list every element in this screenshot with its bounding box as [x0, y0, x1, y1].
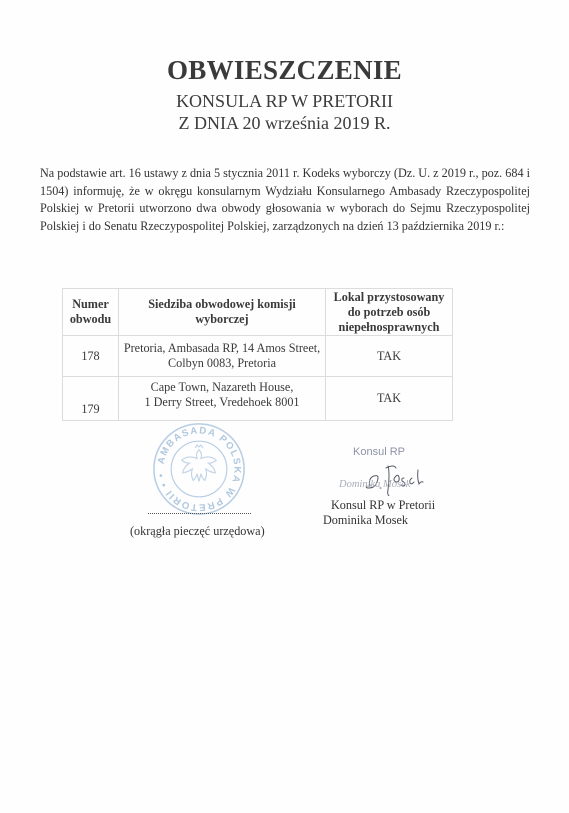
official-stamp-icon: AMBASADA POLSKA W PRETORII • • • — [151, 421, 247, 517]
accessibility-cell: TAK — [326, 336, 453, 377]
seat-address-line: Cape Town, Nazareth House, — [151, 380, 294, 394]
seat-address-line: Colbyn 0083, Pretoria — [168, 356, 276, 370]
polling-districts-table: Numer obwodu Siedziba obwodowej komisji … — [62, 288, 453, 421]
header-text: Lokal przystosowany — [334, 290, 445, 304]
stamp-dotted-line — [148, 513, 251, 514]
seat-address-line: Pretoria, Ambasada RP, 14 Amos Street, — [124, 341, 320, 355]
commission-seat-cell: Pretoria, Ambasada RP, 14 Amos Street, C… — [119, 336, 326, 377]
document-title: OBWIESZCZENIE — [0, 55, 569, 85]
signature-stamp-name: Dominika Mosek — [339, 479, 410, 490]
district-number-cell: 178 — [63, 336, 119, 377]
stamp-caption: (okrągła pieczęć urzędowa) — [130, 524, 265, 539]
header-text: Numer — [72, 297, 109, 311]
signer-name: Dominika Mosek — [323, 513, 408, 528]
header-text: do potrzeb osób — [348, 305, 431, 319]
header-accessibility: Lokal przystosowany do potrzeb osób niep… — [326, 289, 453, 336]
header-district-number: Numer obwodu — [63, 289, 119, 336]
accessibility-cell: TAK — [326, 377, 453, 421]
commission-seat-cell: Cape Town, Nazareth House, 1 Derry Stree… — [119, 377, 326, 421]
handwritten-signature-icon — [360, 456, 440, 496]
signer-role: Konsul RP w Pretorii — [331, 498, 435, 513]
document-subtitle-issuer: KONSULA RP W PRETORII — [0, 91, 569, 111]
header-text: niepełnosprawnych — [339, 320, 440, 334]
header-text: obwodu — [70, 312, 111, 326]
announcement-paragraph: Na podstawie art. 16 ustawy z dnia 5 sty… — [40, 165, 530, 235]
table-row: 179 Cape Town, Nazareth House, 1 Derry S… — [63, 377, 453, 421]
district-number-cell: 179 — [63, 377, 119, 421]
document-subtitle-date: Z DNIA 20 września 2019 R. — [0, 113, 569, 133]
eagle-emblem-icon — [182, 445, 217, 481]
header-commission-seat: Siedziba obwodowej komisji wyborczej — [119, 289, 326, 336]
table-header-row: Numer obwodu Siedziba obwodowej komisji … — [63, 289, 453, 336]
table-row: 178 Pretoria, Ambasada RP, 14 Amos Stree… — [63, 336, 453, 377]
document-page: OBWIESZCZENIE KONSULA RP W PRETORII Z DN… — [0, 0, 569, 813]
seat-address-line: 1 Derry Street, Vredehoek 8001 — [144, 395, 299, 409]
